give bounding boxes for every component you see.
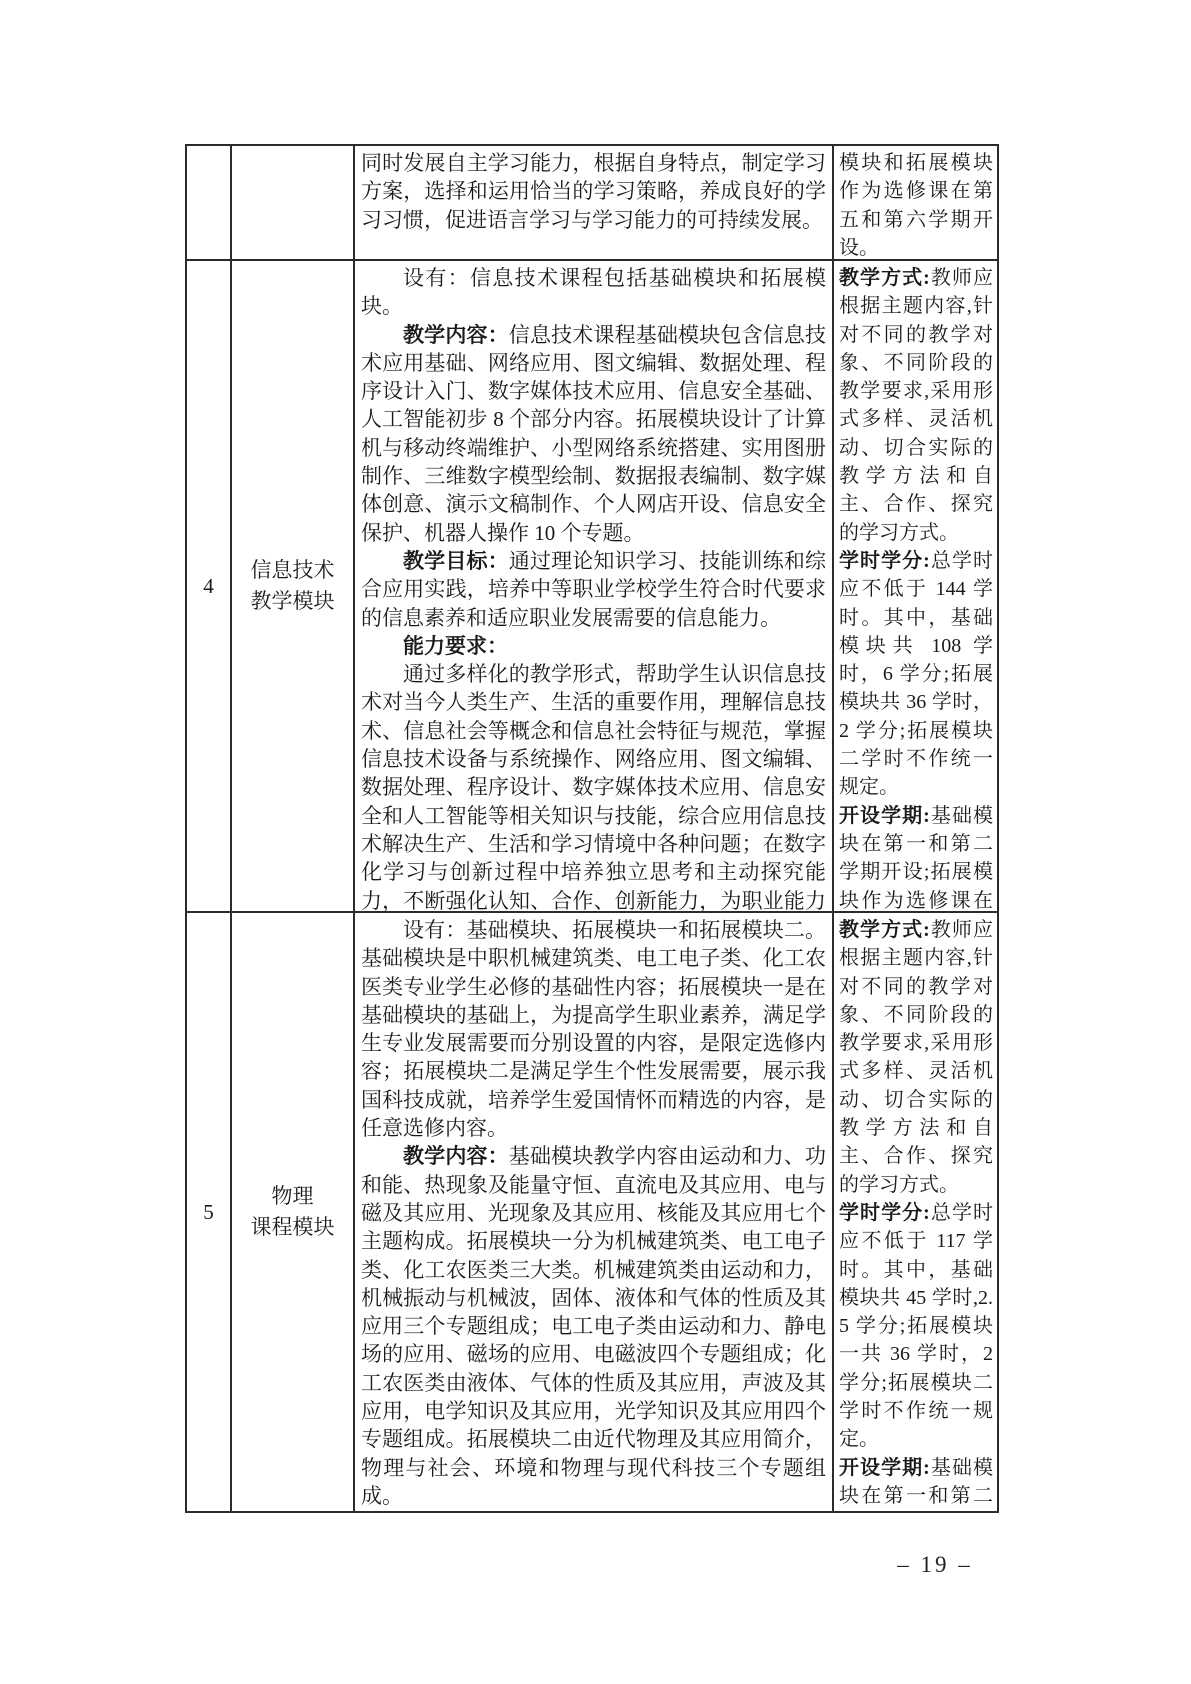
curriculum-table: 同时发展自主学习能力，根据自身特点，制定学习方案，选择和运用恰当的学习策略，养成…	[185, 144, 999, 1513]
row-number-cell	[187, 146, 232, 259]
bold-label: 能力要求：	[403, 634, 508, 658]
paragraph: 设有：信息技术课程包括基础模块和拓展模块。	[361, 264, 826, 321]
text-run: 教师应根据主题内容,针对不同的教学对象、不同阶段的教学要求,采用形式多样、灵活机…	[839, 267, 993, 544]
module-name-cell: 信息技术 教学模块	[232, 261, 355, 911]
bold-label: 教学内容：	[403, 1144, 509, 1168]
paragraph: 通过多样化的教学形式，帮助学生认识信息技术对当今人类生产、生活的重要作用，理解信…	[361, 660, 826, 911]
module-notes-cell: 教学方式:教师应根据主题内容,针对不同的教学对象、不同阶段的教学要求,采用形式多…	[834, 261, 997, 911]
module-content-cell: 同时发展自主学习能力，根据自身特点，制定学习方案，选择和运用恰当的学习策略，养成…	[355, 146, 834, 259]
text-run: 模块和拓展模块作为选修课在第五和第六学期开设。	[839, 152, 993, 259]
bold-label: 开设学期:	[839, 1457, 930, 1479]
row-number-cell: 4	[187, 261, 232, 911]
paragraph: 模块和拓展模块作为选修课在第五和第六学期开设。	[839, 149, 993, 259]
text-run: 信息技术课程基础模块包含信息技术应用基础、网络应用、图文编辑、数据处理、程序设计…	[361, 323, 826, 545]
table-row-physics-module: 5 物理 课程模块 设有：基础模块、拓展模块一和拓展模块二。基础模块是中职机械建…	[187, 913, 997, 1511]
paragraph: 教学方式:教师应根据主题内容,针对不同的教学对象、不同阶段的教学要求,采用形式多…	[839, 264, 993, 547]
paragraph: 学时学分:总学时应不低于 144 学时。其中，基础模块共 108 学时，6 学分…	[839, 547, 993, 802]
bold-label: 学时学分:	[839, 550, 930, 572]
module-content-cell: 设有：信息技术课程包括基础模块和拓展模块。教学内容：信息技术课程基础模块包含信息…	[355, 261, 834, 911]
table-row-it-module: 4 信息技术 教学模块 设有：信息技术课程包括基础模块和拓展模块。教学内容：信息…	[187, 261, 997, 913]
text-run: 总学时应不低于 144 学时。其中，基础模块共 108 学时，6 学分;拓展模块…	[839, 550, 993, 798]
text-run: 设有：基础模块、拓展模块一和拓展模块二。基础模块是中职机械建筑类、电工电子类、化…	[361, 918, 826, 1140]
paragraph: 能力要求：	[361, 632, 826, 660]
paragraph: 开设学期:基础模块在第一和第二学期开设;拓展模块作为选修课在第五学期开设。	[839, 802, 993, 911]
bold-label: 教学内容：	[403, 323, 509, 347]
paragraph: 教学方式:教师应根据主题内容,针对不同的教学对象、不同阶段的教学要求,采用形式多…	[839, 916, 993, 1199]
module-notes-cell: 教学方式:教师应根据主题内容,针对不同的教学对象、不同阶段的教学要求,采用形式多…	[834, 913, 997, 1511]
paragraph: 同时发展自主学习能力，根据自身特点，制定学习方案，选择和运用恰当的学习策略，养成…	[361, 149, 826, 234]
text-run: 基础模块教学内容由运动和力、功和能、热现象及能量守恒、直流电及其应用、电与磁及其…	[361, 1144, 826, 1508]
paragraph: 教学目标：通过理论知识学习、技能训练和综合应用实践，培养中等职业学校学生符合时代…	[361, 547, 826, 632]
paragraph: 开设学期:基础模块在第一和第二学期开设;拓展模	[839, 1454, 993, 1511]
bold-label: 开设学期:	[839, 805, 930, 827]
paragraph: 学时学分:总学时应不低于 117 学时。其中，基础模块共 45 学时,2.5 学…	[839, 1199, 993, 1454]
paragraph: 设有：基础模块、拓展模块一和拓展模块二。基础模块是中职机械建筑类、电工电子类、化…	[361, 916, 826, 1142]
text-run: 总学时应不低于 117 学时。其中，基础模块共 45 学时,2.5 学分;拓展模…	[839, 1202, 993, 1450]
paragraph: 教学内容：信息技术课程基础模块包含信息技术应用基础、网络应用、图文编辑、数据处理…	[361, 321, 826, 547]
text-run: 教师应根据主题内容,针对不同的教学对象、不同阶段的教学要求,采用形式多样、灵活机…	[839, 919, 993, 1196]
paragraph: 教学目标：根据职业教育特点，以服务发展和	[361, 1510, 826, 1511]
module-content-cell: 设有：基础模块、拓展模块一和拓展模块二。基础模块是中职机械建筑类、电工电子类、化…	[355, 913, 834, 1511]
module-notes-cell: 模块和拓展模块作为选修课在第五和第六学期开设。	[834, 146, 997, 259]
bold-label: 学时学分:	[839, 1202, 930, 1224]
text-run: 同时发展自主学习能力，根据自身特点，制定学习方案，选择和运用恰当的学习策略，养成…	[361, 151, 826, 232]
text-run: 通过多样化的教学形式，帮助学生认识信息技术对当今人类生产、生活的重要作用，理解信…	[361, 662, 826, 911]
bold-label: 教学方式:	[839, 919, 930, 941]
module-name-cell: 物理 课程模块	[232, 913, 355, 1511]
text-run: 设有：信息技术课程包括基础模块和拓展模块。	[361, 266, 826, 318]
module-name-cell	[232, 146, 355, 259]
table-row-continued: 同时发展自主学习能力，根据自身特点，制定学习方案，选择和运用恰当的学习策略，养成…	[187, 146, 997, 261]
bold-label: 教学目标：	[403, 549, 509, 573]
row-number-cell: 5	[187, 913, 232, 1511]
paragraph: 教学内容：基础模块教学内容由运动和力、功和能、热现象及能量守恒、直流电及其应用、…	[361, 1142, 826, 1510]
bold-label: 教学方式:	[839, 267, 930, 289]
page-number: – 19 –	[855, 1552, 1015, 1578]
document-page: { "page_number": "– 19 –", "table": { "r…	[0, 0, 1191, 1684]
